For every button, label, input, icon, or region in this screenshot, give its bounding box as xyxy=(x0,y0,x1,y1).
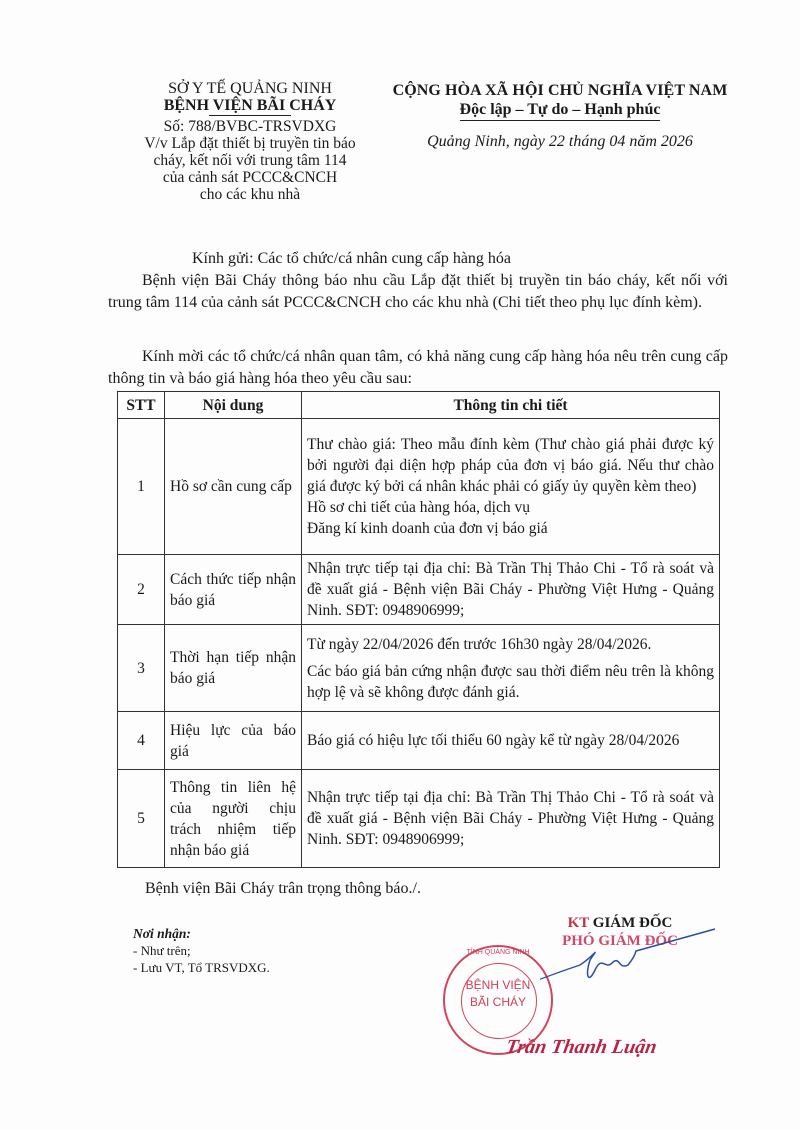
subject-line: cháy, kết nối với trung tâm 114 xyxy=(100,152,400,169)
row-content: Thông tin liên hệ của người chịu trách n… xyxy=(165,770,302,868)
recipient-item: - Lưu VT, Tổ TRSVDXG. xyxy=(133,959,270,976)
row-number: 1 xyxy=(118,419,165,555)
table-row: 4 Hiệu lực của báo giá Báo giá có hiệu l… xyxy=(118,712,720,770)
table-row: 3 Thời hạn tiếp nhận báo giá Từ ngày 22/… xyxy=(118,625,720,712)
requirements-table: STT Nội dung Thông tin chi tiết 1 Hồ sơ … xyxy=(117,391,720,868)
recipients-block: Nơi nhận: - Như trên; - Lưu VT, Tổ TRSVD… xyxy=(133,925,270,976)
document-number: Số: 788/BVBC-TRSVDXG xyxy=(100,118,400,135)
stamp-line: BỆNH VIỆN xyxy=(445,977,551,994)
row-details: Báo giá có hiệu lực tối thiểu 60 ngày kể… xyxy=(302,712,720,770)
stamp-text: BỆNH VIỆN BÃI CHÁY xyxy=(445,977,551,1011)
detail-line: Thư chào giá: Theo mẫu đính kèm (Thư chà… xyxy=(307,434,714,497)
recipients-title: Nơi nhận: xyxy=(133,925,270,942)
greeting: Kính gửi: Các tổ chức/cá nhân cung cấp h… xyxy=(192,248,511,270)
dateline: Quảng Ninh, ngày 22 tháng 04 năm 2026 xyxy=(360,133,760,151)
invitation-paragraph: Kính mời các tổ chức/cá nhân quan tâm, c… xyxy=(108,346,728,390)
row-details: Nhận trực tiếp tại địa chỉ: Bà Trần Thị … xyxy=(302,770,720,868)
row-number: 5 xyxy=(118,770,165,868)
national-header: CỘNG HÒA XÃ HỘI CHỦ NGHĨA VIỆT NAM Độc l… xyxy=(360,82,760,151)
header-divider xyxy=(209,115,291,116)
column-header-stt: STT xyxy=(118,392,165,419)
national-motto: Độc lập – Tự do – Hạnh phúc xyxy=(460,101,661,121)
row-content: Thời hạn tiếp nhận báo giá xyxy=(165,625,302,712)
row-details: Từ ngày 22/04/2026 đến trước 16h30 ngày … xyxy=(302,625,720,712)
stamp-ring-text: TỈNH QUẢNG NINH xyxy=(445,949,551,956)
closing-line: Bệnh viện Bãi Cháy trân trọng thông báo.… xyxy=(145,880,421,898)
row-details: Nhận trực tiếp tại địa chỉ: Bà Trần Thị … xyxy=(302,555,720,625)
signer-name: Trần Thanh Luận xyxy=(504,1036,658,1059)
row-number: 3 xyxy=(118,625,165,712)
subject-line: của cảnh sát PCCC&CNCH xyxy=(100,169,400,186)
subject-line: cho các khu nhà xyxy=(100,186,400,203)
hospital-name: BỆNH VIỆN BÃI CHÁY xyxy=(100,97,400,114)
row-content: Cách thức tiếp nhận báo giá xyxy=(165,555,302,625)
row-number: 2 xyxy=(118,555,165,625)
detail-line: Hồ sơ chi tiết của hàng hóa, dịch vụ xyxy=(307,497,714,518)
subject-line: V/v Lắp đặt thiết bị truyền tin báo xyxy=(100,135,400,152)
detail-line: Đăng kí kinh doanh của đơn vị báo giá xyxy=(307,518,714,539)
detail-line: Các báo giá bản cứng nhận được sau thời … xyxy=(307,661,714,703)
detail-line: Từ ngày 22/04/2026 đến trước 16h30 ngày … xyxy=(307,634,714,655)
handwritten-signature-icon xyxy=(540,925,740,995)
table-header-row: STT Nội dung Thông tin chi tiết xyxy=(118,392,720,419)
column-header-details: Thông tin chi tiết xyxy=(302,392,720,419)
ministry-name: SỞ Y TẾ QUẢNG NINH xyxy=(100,80,400,97)
intro-paragraph-text: Bệnh viện Bãi Cháy thông báo nhu cầu Lắp… xyxy=(108,272,728,311)
issuer-block: SỞ Y TẾ QUẢNG NINH BỆNH VIỆN BÃI CHÁY Số… xyxy=(100,80,400,203)
nation-title: CỘNG HÒA XÃ HỘI CHỦ NGHĨA VIỆT NAM xyxy=(360,82,760,100)
detail-line: Nhận trực tiếp tại địa chỉ: Bà Trần Thị … xyxy=(307,787,714,850)
stamp-line: BÃI CHÁY xyxy=(445,994,551,1011)
row-details: Thư chào giá: Theo mẫu đính kèm (Thư chà… xyxy=(302,419,720,555)
invitation-paragraph-text: Kính mời các tổ chức/cá nhân quan tâm, c… xyxy=(108,348,728,387)
table-row: 5 Thông tin liên hệ của người chịu trách… xyxy=(118,770,720,868)
detail-line: Nhận trực tiếp tại địa chỉ: Bà Trần Thị … xyxy=(307,558,714,621)
row-number: 4 xyxy=(118,712,165,770)
detail-line: Báo giá có hiệu lực tối thiểu 60 ngày kể… xyxy=(307,730,714,751)
table-row: 1 Hồ sơ cần cung cấp Thư chào giá: Theo … xyxy=(118,419,720,555)
row-content: Hồ sơ cần cung cấp xyxy=(165,419,302,555)
row-content: Hiệu lực của báo giá xyxy=(165,712,302,770)
column-header-content: Nội dung xyxy=(165,392,302,419)
recipient-item: - Như trên; xyxy=(133,942,270,959)
table-row: 2 Cách thức tiếp nhận báo giá Nhận trực … xyxy=(118,555,720,625)
intro-paragraph: Bệnh viện Bãi Cháy thông báo nhu cầu Lắp… xyxy=(108,270,728,314)
